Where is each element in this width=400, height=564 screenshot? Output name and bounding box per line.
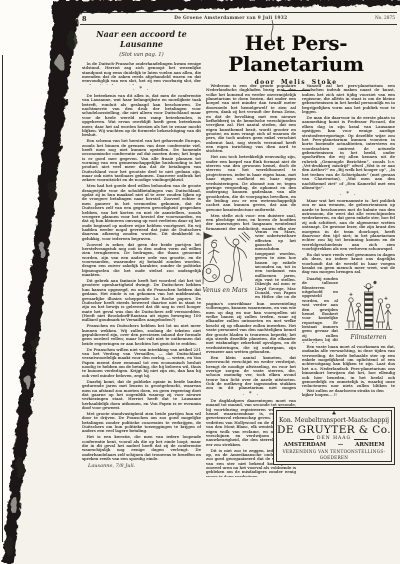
body-paragraph: De man die daarvoor in de eerste plaats … <box>302 116 395 190</box>
body-paragraph: Vanzelf zal het pers-planetarium een doo… <box>302 84 395 115</box>
body-paragraph: Men had het goede deel willen behouden v… <box>82 184 201 241</box>
column-text-block: Vanzelf zal het pers-planetarium een doo… <box>302 84 395 190</box>
body-paragraph: De Franschen willen niet van intrekking … <box>82 348 201 379</box>
left-article: Naar een accoord te Lausanne (Slot van p… <box>82 29 201 471</box>
right-rule <box>354 439 368 440</box>
page-number: 8 <box>82 15 87 23</box>
venus-mars-illustration <box>197 230 253 286</box>
section-divider: . * . <box>206 391 296 398</box>
ad-brand-name: DE GRUYTER & Co. <box>277 425 391 436</box>
advertisement-de-gruyter: ♣ Kon. Meubeltransport-Maatschappij DE G… <box>273 407 395 465</box>
headline: Het Pers-Planetarium <box>197 33 395 75</box>
body-paragraph: Een schema van het herstel van het gehav… <box>82 139 201 183</box>
left-article-title: Naar een accoord te Lausanne <box>82 29 201 49</box>
issue-number: No. 2875 <box>375 16 395 21</box>
left-article-intro: In de Duitsch-Fransche onderhandelingen … <box>82 62 201 85</box>
filmsterren-caption: Filmsterren <box>342 334 395 341</box>
ad-city-left: AMSTERDAM <box>284 443 326 449</box>
body-paragraph: Men stelle zich voor: een duistere zaal,… <box>206 214 296 230</box>
body-paragraph: Een klein aantal kometen, dat onverwacht… <box>206 356 296 390</box>
section-divider: . * . <box>82 86 201 93</box>
body-paragraph: Een vaste baan moet al voorkomen en dat,… <box>302 345 395 387</box>
section-divider: . * . <box>302 191 395 198</box>
body-paragraph: Met groote standvastigheid zien beide pa… <box>82 412 201 434</box>
page-header: 8 De Groene Amsterdammer van 9 Juli 1932… <box>80 12 397 25</box>
body-paragraph: In de Duitsch-Fransche onderhandelingen … <box>82 62 201 85</box>
left-article-body: De beteekenis van dit alles is, dat men … <box>82 94 201 462</box>
body-paragraph: En dat ware reeds veel gewonnen in dagen… <box>302 253 395 275</box>
body-paragraph: Venus en Mars, wier onbetwistbare effect… <box>255 230 296 298</box>
ad-footer: VERZENDING VAN TENTOONSTELLINGS- GOEDERE… <box>283 449 386 460</box>
dateline-signoff: Lausanne, 7/8 Juli. <box>88 463 135 469</box>
left-article-subtitle: (Slot van pag. 1) <box>82 52 201 58</box>
ad-city-main-row: DEN HAAG <box>300 437 368 442</box>
ad-cities-row: AMSTERDAM — ARNHEM <box>277 443 392 449</box>
column-text-block: Maar wat het voornaamste is: het publiek… <box>302 199 395 277</box>
main-article-column-right: Vanzelf zal het pers-planetarium een doo… <box>302 84 395 404</box>
masthead: De Groene Amsterdammer van 9 Juli 1932 <box>174 16 287 21</box>
body-paragraph: Het is een kwestie, die men van iedere l… <box>82 435 201 461</box>
body-paragraph: Franschen en Duitschers hebben het lot n… <box>82 324 201 346</box>
body-paragraph: De beteekenis van dit alles is, dat men … <box>82 94 201 138</box>
newspaper-page: 8 De Groene Amsterdammer van 9 Juli 1932… <box>0 0 400 564</box>
venus-mars-drawing <box>197 230 253 286</box>
body-paragraph: Maar wat het voornaamste is: het publiek… <box>302 199 395 251</box>
wrapped-text: Daarbij zouden de tallooze filmsterren u… <box>302 277 338 343</box>
wrapped-text: Venus en Mars, wier onbetwistbare effect… <box>255 230 296 298</box>
closing-line: Wat zullen ze daarboven straks in den ki… <box>302 389 395 398</box>
body-paragraph: Dit gebrek aan fantasie heeft het voorde… <box>82 279 201 323</box>
ad-footer-line1: VERZENDING VAN TENTOONSTELLINGS- <box>283 449 386 454</box>
body-paragraph: Daarbij zouden de tallooze filmsterren u… <box>302 277 338 343</box>
ad-footer-line2: GOEDEREN <box>283 455 386 460</box>
advertisement-inner-border: ♣ Kon. Meubeltransport-Maatschappij DE G… <box>276 410 393 463</box>
figure-row: Venus en Mars Venus en Mars, wier onbetw… <box>206 230 296 302</box>
venus-mars-caption: Venus en Mars <box>197 287 253 294</box>
filmsterren-drawing <box>342 277 395 333</box>
body-paragraph: Wederom is een der groote populaire Nede… <box>206 84 296 154</box>
ad-city-right: ARNHEM <box>355 443 384 449</box>
body-paragraph: Zooveel is zeker, dat geen der beide par… <box>82 243 201 278</box>
ad-company-prefix: Kon. Meubeltransport-Maatschappij <box>279 418 389 424</box>
body-paragraph: Daarbij komt, dat de publieke opinie in … <box>82 380 201 411</box>
body-paragraph: pagina's onwrikbaar hun omwenteling volb… <box>206 302 296 354</box>
figure-row: Filmsterren Daarbij zouden de tallooze f… <box>302 277 395 345</box>
column-text-block: pagina's onwrikbaar hun omwenteling volb… <box>206 302 296 390</box>
column-text-block: Een vaste baan moet al voorkomen en dat,… <box>302 345 395 387</box>
ad-city-dash: — <box>338 443 344 449</box>
column-text-block: Wederom is een der groote populaire Nede… <box>206 84 296 230</box>
left-rule <box>300 439 314 440</box>
main-article-header: Het Pers-Planetarium door Melis Stoke <box>197 33 395 91</box>
filmsterren-illustration <box>342 277 395 333</box>
body-paragraph: Het zou toch betrekkelijk eenvoudig zijn… <box>206 155 296 212</box>
ad-city-main: DEN HAAG <box>317 437 351 442</box>
